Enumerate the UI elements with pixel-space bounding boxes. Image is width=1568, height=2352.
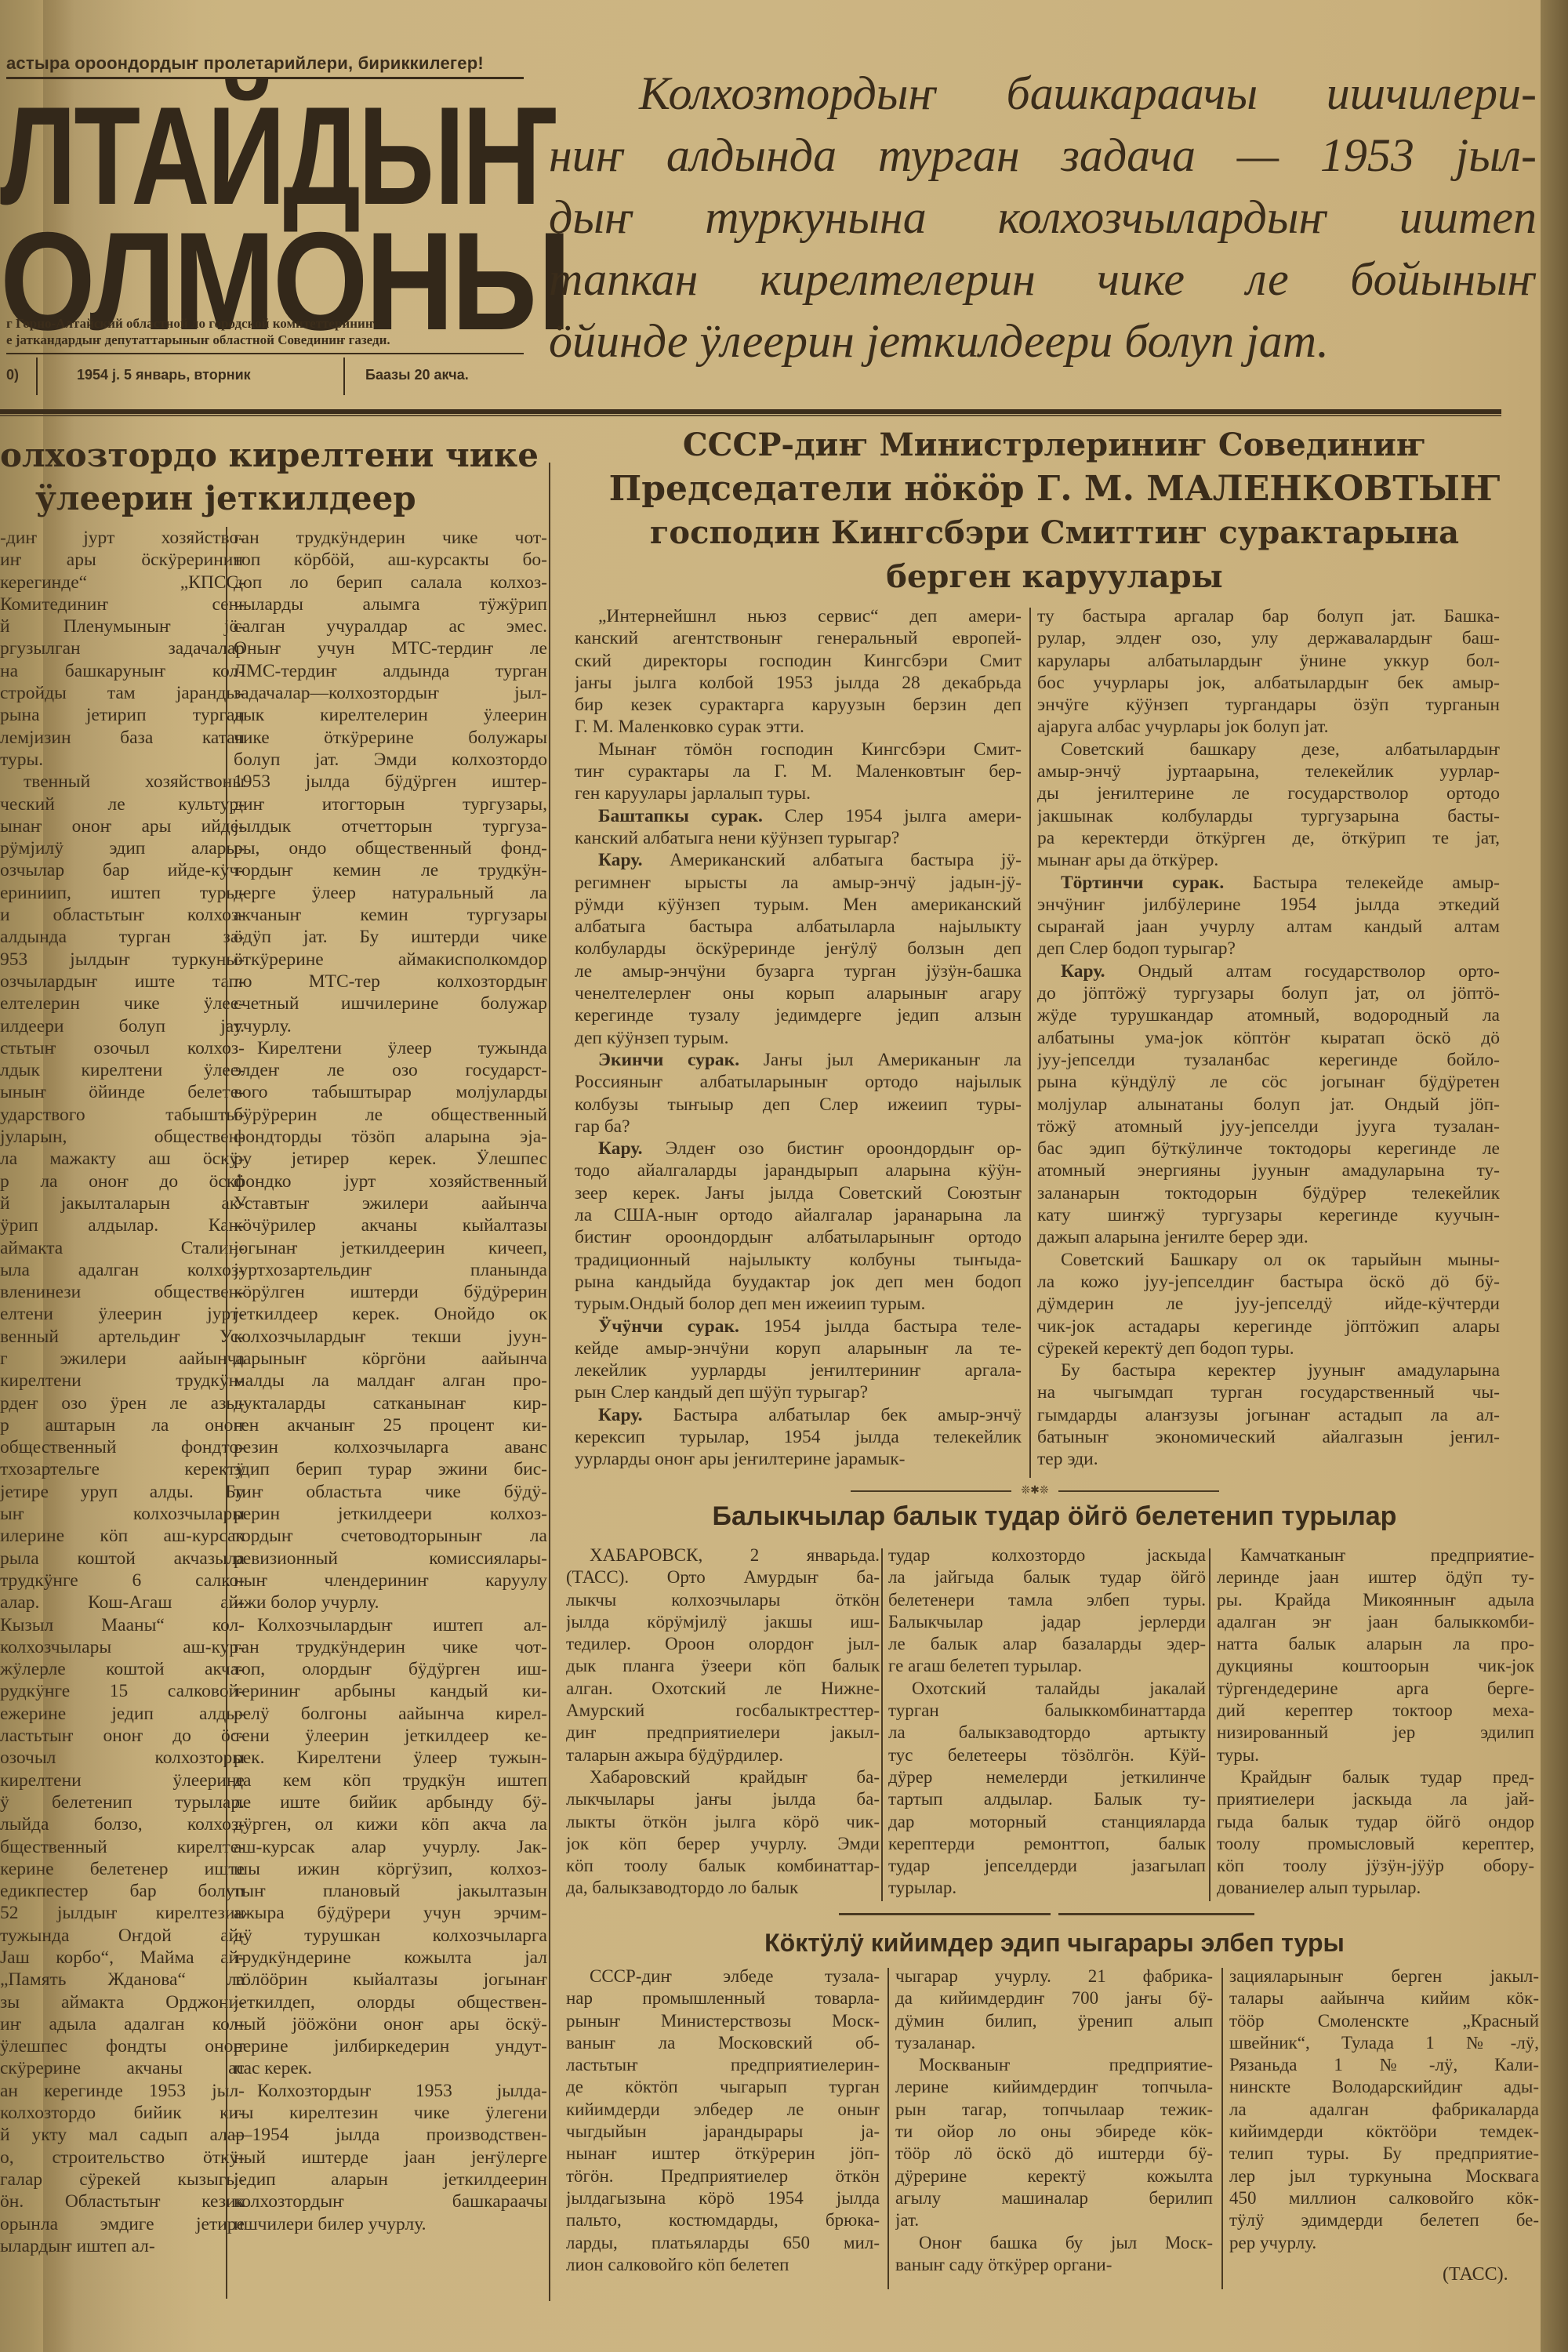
text-line: рудкӱнге 15 салковой- [0,1680,245,1702]
text-line: аш-курсак алар учурлу. Јак- [234,1836,547,1858]
text-line: јок кӧп берер учурлу. Эмди [566,1833,880,1855]
text-line: рӱмјилӱ эдип алары- [0,837,245,859]
text-line: елтени ӱлеерин јурт- [0,1303,245,1325]
text-line: ревизионный комиссиялары- [234,1548,547,1570]
text-line: јылдагызына кӧрӧ 1954 јылда [566,2187,880,2209]
publisher-note: г Горно-Алтайский областной ло городской… [6,315,532,348]
text-line: тиҥ сурактары ла Г. М. Маленковтыҥ бер- [575,760,1022,782]
text-line: албатыны ума-јок кӧптӧҥ кыратап ӧскӧ дӧ [1037,1027,1500,1049]
column-rule [226,527,227,2299]
text-line: дӱмин билип, ӱренип алып [895,2010,1213,2032]
text-line: јаҥы јылга колбой 1953 јылда 28 декабрьд… [575,672,1022,694]
text-line: Хабаровский крайдыҥ ба- [566,1766,880,1788]
text-line: болуп јат. Эмди колхозтордо [234,749,547,771]
text-line: ӱ белетенип турылар. [0,1791,245,1813]
text-line: ажыра бӱдӱрери учун эрчим- [234,1902,547,1924]
text-line: ческий ле культур- [0,793,245,815]
text-line: рыныҥ Министерствозы Моск- [566,2010,880,2032]
text-line: Охотский талайды јакалай [888,1678,1206,1700]
text-line: дованиелер алып турылар. [1217,1877,1534,1899]
column-rule [1209,1548,1210,1901]
clothes-article-column-2: чыгарар учурлу. 21 фабрика-да кийимдерди… [895,1965,1213,2295]
text-line: ылардыҥ иштеп ал- [0,2235,245,2257]
text-line: 1953 јылда бӱдӱрген иштер- [234,771,547,793]
text-line: лыкты ӧткӧн јылга кӧрӧ чик- [566,1811,880,1833]
text-line: ӱрип алдылар. Кан- [0,1214,245,1236]
text-line: ра керектерди ӧткӱрген де, ӧткӱрип те ја… [1037,827,1500,849]
text-line: лыкчы колхозчылары ӧткӧн [566,1589,880,1611]
text-line: шы ижин кӧргӱзип, колхоз- [234,1858,547,1880]
text-line: ла балыкзаводтордо артыкту [888,1722,1206,1744]
text-line: деп кӱӱнзеп турым. [575,1027,1022,1049]
text-line: вленинези обществен- [0,1281,245,1303]
text-line: ластьтыҥ предприятиелерин- [566,2054,880,2076]
text-line: до јӧптӧжӱ тургузары болуп јат, ол јӧптӧ… [1037,982,1500,1004]
fish-article-column-2: тудар колхозтордо јаскыдала јайгыда балы… [888,1544,1206,1905]
text-line: агылу машиналар берилип [895,2187,1213,2209]
text-line: тхозартельге керектӱ [0,1458,245,1480]
text-line: рулар, элдеҥ озо, улу державалардыҥ баш- [1037,627,1500,649]
slogan-line: ӧйинде ӱлеерин јеткилдеери болуп јат. [549,310,1537,372]
text-line: традиционный најылыкту колбуны тыҥыда- [575,1249,1022,1271]
text-line: Тӧртинчи сурак. Бастыра телекейде амыр- [1037,872,1500,894]
text-line: дар моторный станцияларда [888,1811,1206,1833]
text-line: зацияларыныҥ берген јакыл- [1229,1965,1539,1987]
text-line: канский албатыга нени кӱӱнзеп турыгар? [575,827,1022,849]
text-line: илдеери болуп јат. [0,1015,245,1037]
text-line: Кару. Элдеҥ озо бистиҥ ороондордыҥ ор- [575,1138,1022,1160]
text-line: да кем кӧп трудкӱн иштеп [234,1769,547,1791]
text-line: Оныҥ учун МТС-тердиҥ ле [234,637,547,659]
text-line: тодо айалгаларды јарандырып аларына кӱӱн… [575,1160,1022,1181]
text-line: учурлу. [234,1015,547,1037]
headline-line-2: ӱлеерин јеткилдеер [0,477,541,520]
text-line: ајаруга албас учурлары јок болуп јат. [1037,716,1500,738]
publisher-line-1: г Горно-Алтайский областной ло городской… [6,315,532,332]
text-line: јылда кӧрӱмјилӱ јакшы иш- [566,1611,880,1633]
text-line: белетенери тамла элбеп туры. [888,1589,1206,1611]
news-agency-credit: (ТАСС). [1443,2264,1508,2285]
text-line: ыныҥ ӧйинде белете- [0,1081,245,1103]
text-line: диҥ итогторын тургузары, [234,793,547,815]
text-line: дерге ӱлеер натуральный ла [234,882,547,904]
text-line: тӧгӧн. Предприятиелер ӧткӧн [566,2165,880,2187]
text-line: г эжилери аайынча [0,1348,245,1370]
text-line: тени ӱлеерин јеткилдеер ке- [234,1725,547,1747]
center-article-column-1: „Интернейшнл ньюз сервис“ деп амери-канс… [575,605,1022,1483]
fish-article-column-3: Камчатканыҥ предприятие-леринде јаан ишт… [1217,1544,1534,1905]
text-line: батыныҥ экономический айалгазын јеҥил- [1037,1426,1500,1448]
text-line: турылар. [888,1877,1206,1899]
text-line: бщественный кирелте- [0,1836,245,1858]
text-line: тордыҥ счетоводторыныҥ ла [234,1525,547,1547]
text-line: колхозчылардыҥ текши јуун- [234,1326,547,1348]
text-line: рер учурлу. [1229,2232,1539,2254]
column-rule [549,463,550,2301]
text-line: кӧрӱлген иштерди бӱдӱрерин [234,1281,547,1303]
text-line: стройды там јаранды- [0,682,245,704]
text-line: дӱрген, ол кижи кӧп акча ла [234,1813,547,1835]
text-line: алдында турган за- [0,926,245,948]
text-line: колхозтордыҥ башкараачы [234,2190,547,2212]
text-line: ла кожо јуу-јепселдиҥ бастыра ӧскӧ дӧ бӱ… [1037,1271,1500,1293]
left-article-column-1: -диҥ јурт хозяйство-иҥ ары ӧскӱрериниҥке… [0,527,245,2330]
text-line: рерине јилбиркедерин ундут- [234,2035,547,2057]
text-line: низированный јер эдилип [1217,1722,1534,1744]
text-line: јуларын, обществен- [0,1126,245,1148]
text-line: рӱмди кӱӱнзеп турым. Мен американский [575,894,1022,916]
text-line: тӱргендедерине арга берге- [1217,1678,1534,1700]
page-edge [1541,0,1568,2352]
text-line: лыйда болзо, колхоз- [0,1813,245,1835]
text-line: рдеҥ озо ӱрен ле азы- [0,1392,245,1414]
text-line: ла адалган фабрикаларда [1229,2099,1539,2121]
text-line: чыгдыйын јарандырары ја- [566,2121,880,2143]
run-in-heading: Экинчи сурак. [598,1050,739,1070]
text-line: СССР-диҥ элбеде тузала- [566,1965,880,1987]
text-line: чыларды алымга тӱжӱрип [234,593,547,615]
text-line: 52 јылдыҥ кирелтезин [0,1902,245,1924]
text-line: скӱрерине акчаны ас [0,2057,245,2079]
text-line: деп Слер бодоп турыгар? [1037,938,1500,960]
text-line: дӱмдерин ле јуу-јепселдӱ ийде-кӱчтерди [1037,1293,1500,1315]
text-line: јеткилдеер керек. Онойдо ок [234,1303,547,1325]
run-in-heading: Баштапкы сурак. [598,806,763,826]
divider [343,358,345,395]
text-line: ларды, платьяларды 650 мил- [566,2232,880,2254]
text-line: бӱрӱрерин ле общественный [234,1104,547,1126]
text-line: Оноҥ башка бу јыл Моск- [895,2232,1213,2254]
text-line: илерине кӧп аш-курсак [0,1525,245,1547]
text-line: Экинчи сурак. Јаҥы јыл Американыҥ ла [575,1049,1022,1071]
text-line: фондко јурт хозяйственный [234,1171,547,1192]
text-line: жӱде турушкандар атомный, водородный ла [1037,1004,1500,1026]
fish-article-headline: Балыкчылар балык тудар ӧйгӧ белетенип ту… [572,1501,1537,1532]
text-line: тер эди. [1037,1448,1500,1470]
text-line: „Интернейшнл ньюз сервис“ деп амери- [575,605,1022,627]
text-line: Јаш корбо“, Майма ай- [0,1947,245,1969]
masthead-motto: астыра ороондордыҥ пролетарийлери, бирик… [6,53,524,74]
text-line: стьтыҥ озочыл колхоз- [0,1037,245,1059]
text-line: Кару. Американский албатыга бастыра јӱ- [575,849,1022,871]
text-line: пальто, костюмдарды, брюка- [566,2209,880,2231]
text-line: ченелтелерлеҥ оны корып аларыныҥ агару [575,982,1022,1004]
left-article-column-2: ган трудкӱндерин чике чот-топ кӧрбӧй, аш… [234,527,547,2330]
headline-line: Председатели нӧкӧр Г. М. МАЛЕНКОВТЫҤ [572,467,1537,511]
text-line: озчылар бар ийде-кӱч- [0,859,245,881]
text-line: ген каруулары јарлалып туры. [575,782,1022,804]
text-line: Колхозчылардыҥ иштеп ал- [234,1614,547,1636]
text-line: заланарын токтодорын бӱдӱрер телекейлик [1037,1182,1500,1204]
text-line: Уставтыҥ эжилери аайынча [234,1192,547,1214]
text-line: дык кирелтелерин ӱлеерин [234,704,547,726]
text-line: бистиҥ ороондордыҥ албатыларыныҥ ортодо [575,1226,1022,1248]
text-line: ле балык алар базаларды эдер- [888,1633,1206,1655]
text-line: на башкаруныҥ кол- [0,660,245,682]
text-line: ӧдӱп јат. Бу иштерди чике [234,926,547,948]
text-line: диҥ предприятиелери јакыл- [566,1722,880,1744]
text-line: тӧжӱ атомный јуу-јепселди јуугa тузалан- [1037,1116,1500,1138]
text-line: регимнеҥ ырысты ла амыр-энчӱ јадын-јӱ- [575,872,1022,894]
text-line: доп ло берип салала колхоз- [234,572,547,593]
text-line: мынаҥ ары да ӧткӱрер. [1037,849,1500,871]
text-line: алган. Охотский ле Нижне- [566,1678,880,1700]
text-line: керегинде“ „КПСС- [0,572,245,593]
text-line: ла США-ныҥ ортодо айалгалар јаранарына л… [575,1204,1022,1226]
text-line: тӧӧр Смоленскте „Красный [1229,2010,1539,2032]
text-line: бир кезек сурактарга каруузын берзин деп [575,694,1022,716]
text-line: дажып аларына јеҥилте берер эди. [1037,1226,1500,1248]
text-line: јогынаҥ јеткилдеерин кичееп, [234,1237,547,1259]
text-line: Г. М. Маленковко сурак этти. [575,716,1022,738]
text-line: салган учуралдар ас эмес. [234,615,547,637]
text-line: эдип берип турар эжини бис- [234,1458,547,1480]
text-line: топ кӧрбӧй, аш-курсакты бо- [234,549,547,571]
run-in-heading: Кару. [1061,961,1105,982]
text-line: озчылардыҥ иште тап- [0,971,245,993]
text-line: Комитединиҥ сен- [0,593,245,615]
text-line: јуртхозартельдиҥ планында [234,1259,547,1281]
article-end-rule [839,1913,1051,1915]
text-line: лемјизин база катап [0,727,245,749]
divider [36,358,38,395]
text-line: иҥ адыла адалган кол- [0,2013,245,2035]
text-line: пас керек. [234,2057,547,2079]
text-line: Колхозтордыҥ 1953 јылда- [234,2080,547,2102]
text-line: рына кандыйда буудактар јок деп мен бодо… [575,1271,1022,1293]
text-line: элдеҥ ле озо государст- [234,1059,547,1081]
text-line: (ТАСС). Орто Амурдыҥ ба- [566,1566,880,1588]
text-line: сӱрекей керектӱ деп бодоп туры. [1037,1338,1500,1359]
text-line: атомный энергияны јууныҥ амадуларына ту- [1037,1160,1500,1181]
text-line: дӱрер немелерди јеткилинче [888,1766,1206,1788]
text-line: дӱ турушкан колхозчыларга [234,1925,547,1947]
text-line: рын Слер кандый деп шӱӱп турыгар? [575,1381,1022,1403]
text-line: ский директоры господин Кингсбэри Смит [575,650,1022,672]
text-line: јетире уруп алды. Бу [0,1481,245,1503]
text-line: керегинде тузалу једимдерге једип алзын [575,1004,1022,1026]
text-line: кӧп тоолу балык комбинаттар- [566,1855,880,1877]
text-line: Кару. Ондый алтам государстволор орто- [1037,960,1500,982]
text-line: елтелерин чике ӱлее- [0,993,245,1014]
text-line: Кирелтени ӱлеер тужында [234,1037,547,1059]
text-line: адалган эҥ јаан балыккомби- [1217,1611,1534,1633]
text-line: ижи болор учурлу. [234,1592,547,1613]
text-line: кӧчӱрилер акчаны кыйалтазы [234,1214,547,1236]
masthead-rule [0,409,1501,417]
text-line: твенный хозяйствоны [0,771,245,793]
text-line: ган трудкӱндерин чике чот- [234,527,547,549]
text-line: Россияныҥ албатыларыныҥ ортодо најылык [575,1071,1022,1093]
text-line: акчаныҥ кемин тургузары [234,904,547,926]
column-rule [1029,608,1031,1478]
text-line: релӱ болгоны аайынча кирел- [234,1703,547,1725]
text-line: ры, ондо общественный фонд- [234,837,547,859]
text-line: й Пленумыныҥ јӧ- [0,615,245,637]
text-line: нинскте Володарскийдиҥ ады- [1229,2076,1539,2098]
text-line: кату шиҥжӱ тургузары керегинде куучын- [1037,1204,1500,1226]
text-line: ӱлешпес фондты оноҥ [0,2035,245,2057]
text-line: на чыгымдап турган государственный чы- [1037,1381,1500,1403]
text-line: ӧн. Областьтыҥ кезик [0,2190,245,2212]
text-line: ту бастыра аргалар бар болуп јат. Башка- [1037,605,1500,627]
text-line: Бу бастыра керектер јууныҥ амадуларына [1037,1359,1500,1381]
text-line: тӧӧр лӧ ӧскӧ дӧ иштерди бӱ- [895,2143,1213,2165]
text-line: аймакта Сталин- [0,1237,245,1259]
text-line: рына јетирип турган [0,704,245,726]
text-line: ныҥ члендериниҥ каруулу [234,1570,547,1592]
headline-line: СССР-диҥ Министрлериниҥ Совединиҥ [572,423,1537,467]
column-rule [1221,1968,1223,2289]
text-line: да, балыкзаводтордо ло балык [566,1877,880,1899]
text-line: тедилер. Ороон олордоҥ јыл- [566,1633,880,1655]
text-line: тужында Оҥдой ай- [0,1925,245,1947]
text-line: резин колхозчыларга аванс [234,1436,547,1458]
text-line: јакшынак колбуларды тургузарына басты- [1037,805,1500,827]
text-line: кийимдерди элбедер ле оныҥ [566,2099,880,2121]
text-line: ваныҥ саду ӧткӱрер органи- [895,2254,1213,2276]
text-line: ный јӧӧжӧни оноҥ ары ӧскӱ- [234,2013,547,2035]
headline-line-1: олхозтордо кирелтени чике [0,434,541,477]
text-line: тартып алдылар. Балык ту- [888,1788,1206,1810]
text-line: ишчилери билер учурлу. [234,2213,547,2235]
slogan-line: Колхозтордыҥ башкараачы ишчилери- [549,63,1537,125]
text-line: јат. [895,2209,1213,2231]
text-line: де кӧктӧп чыгарып турган [566,2076,880,2098]
text-line: таларын ажыра бӱдӱрдилер. [566,1744,880,1766]
text-line: ген акчаныҥ 25 процент ки- [234,1414,547,1436]
headline-line: берген каруулары [572,555,1537,599]
text-line: венный артельдиҥ Ус- [0,1326,245,1348]
text-line: Советский Башкару ол ок тарыйын мыны- [1037,1249,1500,1271]
text-line: ный иштерде јаан јеҥӱлерге [234,2147,547,2169]
issue-price: Баазы 20 акча. [365,367,469,383]
text-line: ган трудкӱндерин чике чот- [234,1636,547,1658]
text-line: фондторды тӧзӧп аларына эја- [234,1126,547,1148]
text-line: тӱлӱ эдимдерди белетеп бе- [1229,2209,1539,2231]
text-line: канский агентствоныҥ генеральный европей… [575,627,1022,649]
text-line: Крайдыҥ балык тудар пред- [1217,1766,1534,1788]
text-line: дарыныҥ кӧргӧни аайынча [234,1348,547,1370]
text-line: приятиелери јаскыда ла јай- [1217,1788,1534,1810]
text-line: тус белетееры тӧзӧлгӧн. Кӱй- [888,1744,1206,1766]
text-line: турым.Ондый болор деп мен ижеиип турым. [575,1293,1022,1315]
text-line: гар ба? [575,1116,1022,1138]
text-line: гымдарды алаҥзузы јогынаҥ астадып ла ал- [1037,1404,1500,1426]
text-line: натта балык аларын ла про- [1217,1633,1534,1655]
text-line: јуу-јепселди тузаланбас керегинде бойло- [1037,1049,1500,1071]
text-line: трудкӱнге 6 салко- [0,1570,245,1592]
text-line: лекейлик уурларды јеҥилтериниҥ аргала- [575,1359,1022,1381]
clothes-article-column-1: СССР-диҥ элбеде тузала-нар промышленный … [566,1965,880,2295]
text-line: гы кирелтезин чике ӱлегени [234,2102,547,2124]
text-line: териниҥ арбыны кандый ки- [234,1680,547,1702]
text-line: тудар јепселдерди јазагылап [888,1855,1206,1877]
text-line: кийимдерди кӧктӧӧри темдек- [1229,2121,1539,2143]
text-line: ло МТС-тер колхозтордыҥ [234,971,547,993]
text-line: колхозтордо бийик ки- [0,2102,245,2124]
text-line: тоолу промысловый керептер, [1217,1833,1534,1855]
text-line: Москваныҥ предприятие- [895,2054,1213,2076]
text-line: дукцияны коштоорын чик-јок [1217,1655,1534,1677]
text-line: колбузы тыҥыыр деп Слер ижеиип туры- [575,1094,1022,1116]
text-line: малды ла малдаҥ алган про- [234,1370,547,1392]
run-in-heading: Тӧртинчи сурак. [1061,873,1224,893]
text-line: дӱрерине керектӱ кожылта [895,2165,1213,2187]
text-line: ру јетирер керек. Ӱлешпес [234,1148,547,1170]
text-line: лерине кийимдердиҥ топчыла- [895,2076,1213,2098]
text-line: ге агаш белетеп турылар. [888,1655,1206,1677]
text-line: молјулар алынатаны болуп јат. Ондый јӧп- [1037,1094,1500,1116]
text-line: рек. Кирелтени ӱлеер тужын- [234,1747,547,1769]
text-line: лион салковойго кӧп белетеп [566,2254,880,2276]
text-line: талары аайынча кийим кӧк- [1229,1987,1539,2009]
text-line: дукталарды сатканынаҥ кир- [234,1392,547,1414]
text-line: 450 миллион салковойго кӧк- [1229,2187,1539,2209]
text-line: жӱлерле коштой акча- [0,1658,245,1680]
issue-date: 1954 ј. 5 январь, вторник [77,367,251,383]
text-line: энчӱниҥ јилбӱлерине 1954 јылда эткедий [1037,894,1500,916]
slogan-line: тапкан кирелтелерин чике ле бойыныҥ [549,249,1537,310]
text-line: чике ӧткӱрерине болужары [234,727,547,749]
column-rule [887,1968,889,2289]
text-line: озочыл колхозторы [0,1747,245,1769]
text-line: р ла оноҥ до ӧскӧ [0,1171,245,1192]
text-line: ыла адалган колхоз- [0,1259,245,1281]
text-line: ргузылган задачалар [0,637,245,659]
clothes-article-headline: Кӧктӱлӱ кийимдер эдип чыгарары элбеп тур… [572,1929,1537,1958]
text-line: тудар колхозтордо јаскыда [888,1544,1206,1566]
text-line: задачалар—колхозтордыҥ јыл- [234,682,547,704]
text-line: ХАБАРОВСК, 2 январьда. [566,1544,880,1566]
text-line: —1954 јылда производствен- [234,2124,547,2146]
text-line: једип аларын јеткилдеерин [234,2169,547,2190]
text-line: общественный фондто- [0,1436,245,1458]
text-line: тузаланар. [895,2032,1213,2054]
text-line: зы аймакта Орджони- [0,1991,245,2013]
text-line: алар. Кош-Агаш ай- [0,1592,245,1613]
text-line: рына кӱндӱлӱ ле сӧс јогынаҥ бӱдӱретен [1037,1071,1500,1093]
text-line: телип туры. Бу предприятие- [1229,2143,1539,2165]
text-line: иҥ ары ӧскӱрериниҥ [0,549,245,571]
text-line: Ӱчӱнчи сурак. 1954 јылда бастыра теле- [575,1316,1022,1338]
text-line: керине белетенер иште [0,1858,245,1880]
text-line: да кийимдердиҥ 700 јаҥы бӱ- [895,1987,1213,2009]
text-line: албатыга бастыра албатыларла најылыкту [575,916,1022,938]
text-line: дык планга ӱзеери кӧп балык [566,1655,880,1677]
headline-line: господин Кингсбэри Смиттиҥ сурактарына [572,511,1537,555]
ornament-icon: ❊✱❊ [1015,1484,1054,1497]
text-line: едикпестер бар болуп [0,1880,245,1902]
text-line: ан керегинде 1953 јыл- [0,2080,245,2102]
left-article-headline: олхозтордо кирелтени чике ӱлеерин јеткил… [0,434,541,520]
publisher-line-2: е јаткандардыҥ депутаттарыныҥ областной … [6,332,532,348]
text-line: ЛМС-тердиҥ алдында турган [234,660,547,682]
text-line: счетный ишчилерине болужар [234,993,547,1014]
text-line: галар сӱрекей кызыгы- [0,2169,245,2190]
run-in-heading: Кару. [598,850,643,870]
text-line: Мынаҥ тӧмӧн господин Кингсбэри Смит- [575,739,1022,760]
article-end-rule [1058,1913,1254,1915]
text-line: ыҥ колхозчылары [0,1503,245,1525]
text-line: тыҥ плановый јакылтазын [234,1880,547,1902]
text-line: ла јайгыда балык тудар ӧйгӧ [888,1566,1206,1588]
text-line: сыраҥай јаан учурлу алтам кандый алтам [1037,916,1500,938]
text-line: Советский башкару дезе, албатылардыҥ [1037,739,1500,760]
text-line: леринде јаан иштер ӧдӱп ту- [1217,1566,1534,1588]
text-line: керексип турылар, 1954 јылда телекейлик [575,1426,1022,1448]
text-line: уурларды оноҥ ары јеҥилтерине јарамык- [575,1448,1022,1470]
